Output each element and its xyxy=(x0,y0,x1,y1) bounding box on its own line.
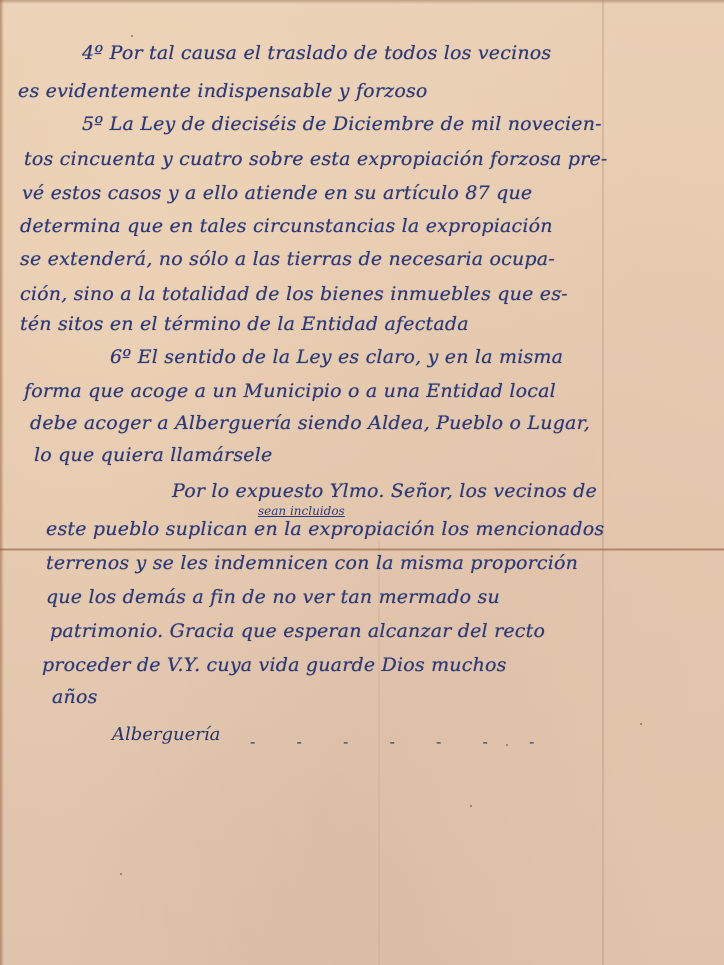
handwritten-line: lo que quiera llamársele xyxy=(34,444,272,466)
paper-speck xyxy=(131,35,133,37)
handwritten-line: es evidentemente indispensable y forzoso xyxy=(18,80,428,102)
signature-trailing-dashes: - - - - - - - xyxy=(250,732,552,751)
document-page: 4º Por tal causa el traslado de todos lo… xyxy=(0,0,724,965)
handwritten-line: se extenderá, no sólo a las tierras de n… xyxy=(20,248,555,270)
handwritten-line: debe acoger a Alberguería siendo Aldea, … xyxy=(30,412,590,434)
handwritten-line: 4º Por tal causa el traslado de todos lo… xyxy=(82,42,551,64)
interlinear-insertion: sean incluidos xyxy=(258,504,345,518)
paper-speck xyxy=(120,873,122,875)
handwritten-line: determina que en tales circunstancias la… xyxy=(20,215,553,237)
horizontal-fold-crease xyxy=(0,548,724,551)
handwritten-line: 5º La Ley de dieciséis de Diciembre de m… xyxy=(82,113,602,135)
handwritten-line: tén sitos en el término de la Entidad af… xyxy=(20,313,469,335)
handwritten-line: proceder de V.Y. cuya vida guarde Dios m… xyxy=(42,654,507,676)
paper-edge-left xyxy=(0,0,4,965)
handwritten-line: que los demás a fin de no ver tan mermad… xyxy=(46,586,500,608)
handwritten-line: patrimonio. Gracia que esperan alcanzar … xyxy=(50,620,545,642)
paper-speck xyxy=(560,290,562,292)
paper-speck xyxy=(470,805,472,807)
handwritten-line: terrenos y se les indemnicen con la mism… xyxy=(46,552,578,574)
paper-speck xyxy=(506,744,508,746)
handwritten-line: años xyxy=(52,686,98,708)
paper-speck xyxy=(640,723,642,725)
handwritten-line: este pueblo suplican en la expropiación … xyxy=(46,518,604,540)
place-signature: Alberguería xyxy=(112,724,220,745)
handwritten-line: 6º El sentido de la Ley es claro, y en l… xyxy=(110,346,563,368)
paper-edge-top xyxy=(0,0,724,4)
handwritten-line: tos cincuenta y cuatro sobre esta exprop… xyxy=(24,148,608,170)
handwritten-line: forma que acoge a un Municipio o a una E… xyxy=(24,380,556,402)
handwritten-line: ción, sino a la totalidad de los bienes … xyxy=(20,283,568,305)
handwritten-line: Por lo expuesto Ylmo. Señor, los vecinos… xyxy=(172,480,597,502)
vertical-fold-crease xyxy=(602,0,604,965)
handwritten-line: vé estos casos y a ello atiende en su ar… xyxy=(22,182,532,204)
